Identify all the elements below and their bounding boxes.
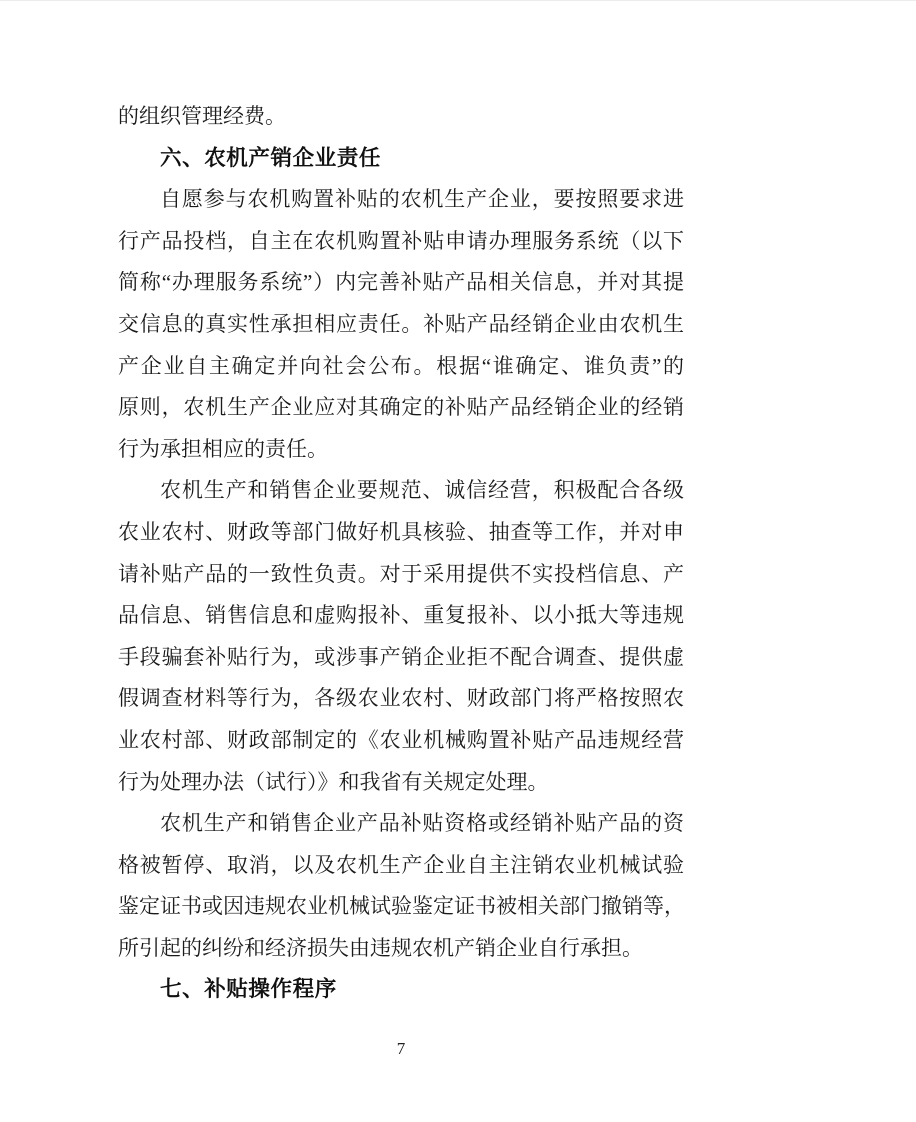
section-heading-6: 六、农机产销企业责任 bbox=[118, 138, 684, 180]
body-line: 农机生产和销售企业产品补贴资格或经销补贴产品的资 bbox=[118, 803, 684, 845]
document-page: 的组织管理经费。 六、农机产销企业责任 自愿参与农机购置补贴的农机生产企业，要按… bbox=[0, 0, 916, 1122]
body-line: 行为承担相应的责任。 bbox=[118, 429, 684, 471]
body-line: 格被暂停、取消，以及农机生产企业自主注销农业机械试验 bbox=[118, 845, 684, 887]
body-line: 行产品投档，自主在农机购置补贴申请办理服务系统（以下 bbox=[118, 221, 684, 263]
body-line: 自愿参与农机购置补贴的农机生产企业，要按照要求进 bbox=[118, 179, 684, 221]
text-block: 的组织管理经费。 六、农机产销企业责任 自愿参与农机购置补贴的农机生产企业，要按… bbox=[118, 96, 684, 1011]
body-line: 农业农村、财政等部门做好机具核验、抽查等工作，并对申 bbox=[118, 512, 684, 554]
page-number: 7 bbox=[118, 1039, 684, 1059]
body-line: 产企业自主确定并向社会公布。根据“谁确定、谁负责”的 bbox=[118, 346, 684, 388]
body-line: 鉴定证书或因违规农业机械试验鉴定证书被相关部门撤销等， bbox=[118, 886, 684, 928]
body-line: 所引起的纠纷和经济损失由违规农机产销企业自行承担。 bbox=[118, 928, 684, 970]
body-line: 的组织管理经费。 bbox=[118, 96, 684, 138]
body-line: 业农村部、财政部制定的《农业机械购置补贴产品违规经营 bbox=[118, 720, 684, 762]
body-line: 简称“办理服务系统”）内完善补贴产品相关信息，并对其提 bbox=[118, 262, 684, 304]
body-line: 请补贴产品的一致性负责。对于采用提供不实投档信息、产 bbox=[118, 554, 684, 596]
body-line: 农机生产和销售企业要规范、诚信经营，积极配合各级 bbox=[118, 470, 684, 512]
body-line: 手段骗套补贴行为，或涉事产销企业拒不配合调查、提供虚 bbox=[118, 637, 684, 679]
body-line: 行为处理办法（试行）》和我省有关规定处理。 bbox=[118, 762, 684, 804]
section-heading-7: 七、补贴操作程序 bbox=[118, 969, 684, 1011]
body-line: 假调查材料等行为，各级农业农村、财政部门将严格按照农 bbox=[118, 678, 684, 720]
body-line: 交信息的真实性承担相应责任。补贴产品经销企业由农机生 bbox=[118, 304, 684, 346]
body-line: 品信息、销售信息和虚购报补、重复报补、以小抵大等违规 bbox=[118, 595, 684, 637]
body-line: 原则，农机生产企业应对其确定的补贴产品经销企业的经销 bbox=[118, 387, 684, 429]
